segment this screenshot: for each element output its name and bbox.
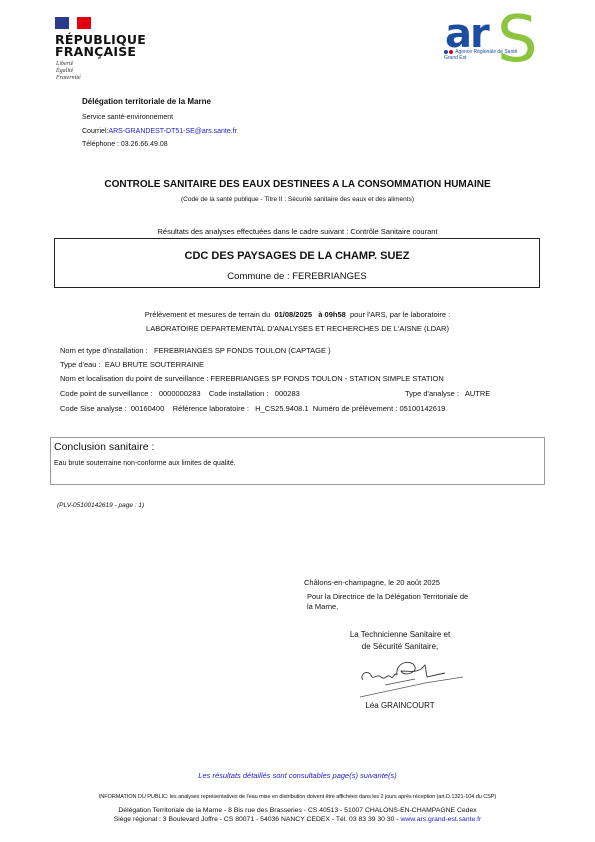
surveillance-point-row: Nom et localisation du point de surveill… xyxy=(60,374,444,383)
sampling-prefix: Prélèvement et mesures de terrain du xyxy=(145,310,270,319)
detailed-results-note: Les résultats détaillés sont consultable… xyxy=(0,771,595,780)
water-type-row: Type d'eau : EAU BRUTE SOUTERRAINE xyxy=(60,360,204,369)
code-installation-label: Code installation : xyxy=(209,389,269,398)
handwritten-signature-icon xyxy=(355,655,465,700)
rf-title-line2: FRANÇAISE xyxy=(55,45,136,58)
ars-logo-subtitle: Agence Régionale de Santé Grand Est xyxy=(444,49,517,61)
sampling-suffix: pour l'ARS, par le laboratoire : xyxy=(350,310,450,319)
page-reference: (PLV-05100142619 - page : 1) xyxy=(57,502,144,509)
sise-value: 00160400 xyxy=(131,404,164,413)
lab-ref-value: H_CS25.9408.1 xyxy=(255,404,308,413)
point-value: FEREBRIANGES SP FONDS TOULON - STATION S… xyxy=(211,374,444,383)
entity-box: CDC DES PAYSAGES DE LA CHAMP. SUEZ Commu… xyxy=(54,238,540,288)
telephone: Téléphone : 03.26.66.49.08 xyxy=(82,141,168,148)
context-line: Résultats des analyses effectuées dans l… xyxy=(0,227,595,236)
place-date: Châlons-en-champagne, le 20 août 2025 xyxy=(304,578,440,587)
signature-for-line2: la Marne, xyxy=(307,602,338,611)
sise-row: Code Sise analyse : 00160400 Référence l… xyxy=(60,404,445,413)
sampling-date: 01/08/2025 xyxy=(274,310,312,319)
public-information: INFORMATION DU PUBLIC: les analyses repr… xyxy=(0,794,595,800)
analysis-type-label: Type d'analyse : xyxy=(405,389,459,398)
website-link[interactable]: www.ars.grand-est.sante.fr xyxy=(400,816,481,823)
conclusion-box: Conclusion sanitaire : Eau brute souterr… xyxy=(50,437,545,485)
point-label: Nom et localisation du point de surveill… xyxy=(60,374,208,383)
address-line1: Délégation Territoriale de la Marne - 8 … xyxy=(0,807,595,814)
analysis-type-value: AUTRE xyxy=(465,389,490,398)
installation-row: Nom et type d'installation : FEREBRIANGE… xyxy=(60,346,331,355)
dot-icon xyxy=(444,50,448,54)
signature-role-line2: de Sécurité Sanitaire, xyxy=(310,642,490,651)
water-type-label: Type d'eau : xyxy=(60,360,101,369)
ars-logo-s: S xyxy=(497,10,538,70)
code-installation-value: 000283 xyxy=(275,389,300,398)
ars-logo-letters: ar xyxy=(445,14,488,54)
delegation-name: Délégation territoriale de la Marne xyxy=(82,97,211,106)
sample-num-label: Numéro de prélèvement : xyxy=(313,404,398,413)
code-point-value: 0000000283 xyxy=(159,389,201,398)
lab-ref-label: Référence laboratoire : xyxy=(173,404,249,413)
address-line2: Siège régional : 3 Boulevard Joffre - CS… xyxy=(0,816,595,823)
rf-motto-3: Fraternité xyxy=(56,75,81,83)
document-title: CONTROLE SANITAIRE DES EAUX DESTINEES A … xyxy=(0,179,595,190)
sise-label: Code Sise analyse : xyxy=(60,404,127,413)
installation-value: FEREBRIANGES SP FONDS TOULON (CAPTAGE ) xyxy=(154,346,331,355)
sample-num-value: 05100142619 xyxy=(399,404,445,413)
document-subtitle: (Code de la santé publique - Titre II : … xyxy=(0,196,595,203)
signature-for-line1: Pour la Directrice de la Délégation Terr… xyxy=(307,592,468,601)
conclusion-title: Conclusion sanitaire : xyxy=(54,441,154,453)
signatory-name: Léa GRAINCOURT xyxy=(310,701,490,710)
code-point-row: Code point de surveillance : 0000000283 … xyxy=(60,389,300,398)
signature-role-line1: La Technicienne Sanitaire et xyxy=(310,630,490,639)
service-name: Service santé-environnement xyxy=(82,114,173,121)
installation-label: Nom et type d'installation : xyxy=(60,346,148,355)
courriel-link[interactable]: ARS-GRANDEST-DT51-SE@ars.sante.fr xyxy=(108,128,236,135)
water-type-value: EAU BRUTE SOUTERRAINE xyxy=(105,360,204,369)
code-point-label: Code point de surveillance : xyxy=(60,389,153,398)
address-line2-text: Siège régional : 3 Boulevard Joffre - CS… xyxy=(114,816,401,823)
sampling-line: Prélèvement et mesures de terrain du 01/… xyxy=(0,310,595,319)
entity-name: CDC DES PAYSAGES DE LA CHAMP. SUEZ xyxy=(55,250,539,262)
laboratory-name: LABORATOIRE DEPARTEMENTAL D'ANALYSES ET … xyxy=(0,324,595,333)
conclusion-text: Eau brute souterraine non-conforme aux l… xyxy=(54,460,236,467)
courriel-label: Courriel: xyxy=(82,128,108,135)
courriel-line: Courriel:ARS-GRANDEST-DT51-SE@ars.sante.… xyxy=(82,128,237,135)
commune: Commune de : FEREBRIANGES xyxy=(55,271,539,282)
analysis-type-row: Type d'analyse : AUTRE xyxy=(405,389,490,398)
ars-subtitle-line2: Grand Est xyxy=(444,55,467,61)
dot-icon xyxy=(449,50,453,54)
sampling-time: à 09h58 xyxy=(318,310,346,319)
marianne-flag-icon xyxy=(55,17,91,29)
